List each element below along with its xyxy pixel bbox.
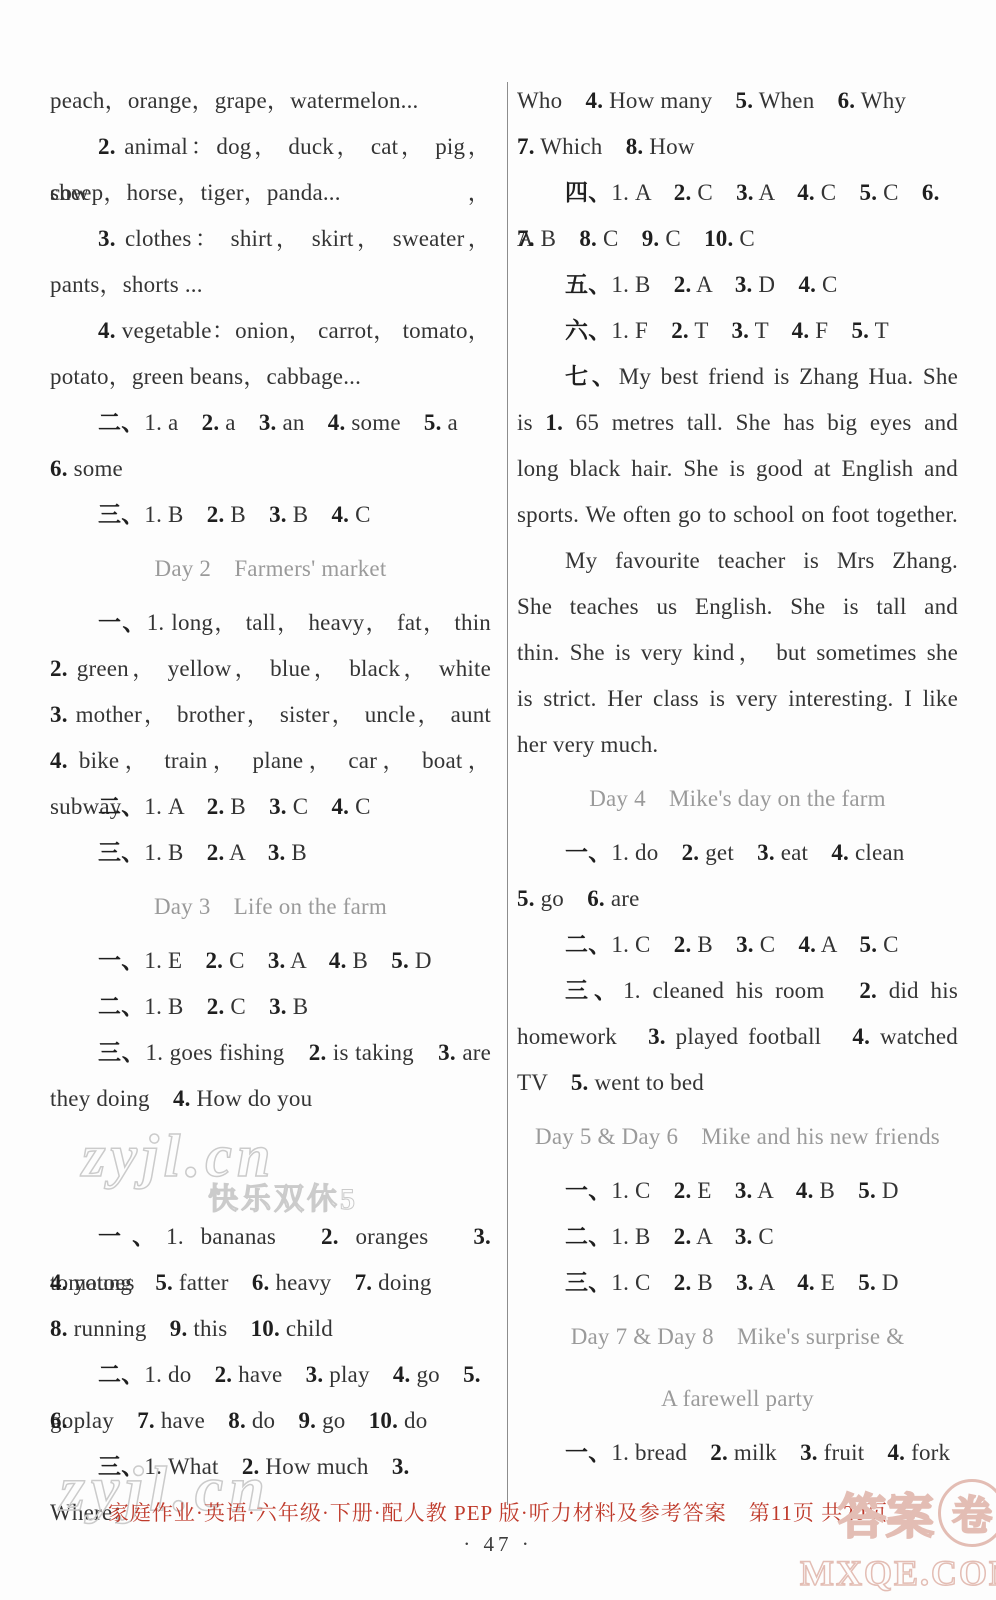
watermark-site-url: MXQE.COM xyxy=(800,1552,996,1594)
section-heading: Day 7 & Day 8 Mike's surprise & xyxy=(517,1306,958,1368)
text-line: homework 3. played football 4. watched xyxy=(517,1014,958,1060)
text-line: 二、1. a 2. a 3. an 4. some 5. a xyxy=(50,400,491,446)
right-column: Who 4. How many 5. When 6. Why7. Which 8… xyxy=(517,78,958,1490)
text-columns: peach，orange，grape，watermelon...2. anima… xyxy=(50,78,958,1490)
text-line: 7. B 8. C 9. C 10. C xyxy=(517,216,958,262)
left-column: peach，orange，grape，watermelon...2. anima… xyxy=(50,78,491,1490)
text-line: 三、1. B 2. B 3. B 4. C xyxy=(50,492,491,538)
text-line: 一、1. bread 2. milk 3. fruit 4. fork xyxy=(517,1430,958,1476)
text-line: 一、1. bananas 2. oranges 3. tomatoes xyxy=(50,1214,491,1260)
text-line: 二、1. C 2. B 3. C 4. A 5. C xyxy=(517,922,958,968)
text-line: long black hair. She is good at English … xyxy=(517,446,958,492)
text-line: 7. Which 8. How xyxy=(517,124,958,170)
text-line: 6. some xyxy=(50,446,491,492)
text-line: 一、1. C 2. E 3. A 4. B 5. D xyxy=(517,1168,958,1214)
text-line: peach，orange，grape，watermelon... xyxy=(50,78,491,124)
text-line: 一、1. E 2. C 3. A 4. B 5. D xyxy=(50,938,491,984)
text-line: thin. She is very kind， but sometimes sh… xyxy=(517,630,958,676)
text-line: 2. green， yellow， blue， black， white xyxy=(50,646,491,692)
text-line: 4. vegetable：onion， carrot， tomato， xyxy=(50,308,491,354)
text-line: 8. running 9. this 10. child xyxy=(50,1306,491,1352)
text-line: 3. clothes： shirt， skirt， sweater， xyxy=(50,216,491,262)
text-line: 六、1. F 2. T 3. T 4. F 5. T xyxy=(517,308,958,354)
text-line: 三、1. C 2. B 3. A 4. E 5. D xyxy=(517,1260,958,1306)
text-line: 二、1. A 2. B 3. C 4. C xyxy=(50,784,491,830)
text-line: 四、1. A 2. C 3. A 4. C 5. C 6. A xyxy=(517,170,958,216)
text-line: 3. mother， brother， sister， uncle， aunt xyxy=(50,692,491,738)
text-line: 二、1. do 2. have 3. play 4. go 5. go xyxy=(50,1352,491,1398)
page-number: · 47 · xyxy=(0,1532,996,1557)
text-line: She teaches us English. She is tall and xyxy=(517,584,958,630)
footer-meta: 家庭作业·英语·六年级·下册·配人教 PEP 版·听力材料及参考答案 第11页 … xyxy=(0,1500,996,1526)
text-line: pants，shorts ... xyxy=(50,262,491,308)
text-line: her very much. xyxy=(517,722,958,768)
text-line: 4. young 5. fatter 6. heavy 7. doing xyxy=(50,1260,491,1306)
text-line: My favourite teacher is Mrs Zhang. xyxy=(517,538,958,584)
text-line: 二、1. B 2. C 3. B xyxy=(50,984,491,1030)
text-line: is strict. Her class is very interesting… xyxy=(517,676,958,722)
section-heading: A farewell party xyxy=(517,1368,958,1430)
text-line: Who 4. How many 5. When 6. Why xyxy=(517,78,958,124)
column-divider xyxy=(507,82,508,1505)
text-line: 三、1. goes fishing 2. is taking 3. are xyxy=(50,1030,491,1076)
text-line: 七、My best friend is Zhang Hua. She xyxy=(517,354,958,400)
text-line: they doing 4. How do you xyxy=(50,1076,491,1122)
text-line: 2. animal：dog， duck， cat， pig， cow， xyxy=(50,124,491,170)
text-line: 三、1. What 2. How much 3. Where； xyxy=(50,1444,491,1490)
text-line: 一、1. long， tall， heavy， fat， thin xyxy=(50,600,491,646)
text-line: potato，green beans，cabbage... xyxy=(50,354,491,400)
text-line: 6. play 7. have 8. do 9. go 10. do xyxy=(50,1398,491,1444)
section-heading: Day 4 Mike's day on the farm xyxy=(517,768,958,830)
text-line: TV 5. went to bed xyxy=(517,1060,958,1106)
text-line: sports. We often go to school on foot to… xyxy=(517,492,958,538)
text-line: 二、1. B 2. A 3. C xyxy=(517,1214,958,1260)
text-line: 一、1. do 2. get 3. eat 4. clean xyxy=(517,830,958,876)
section-heading: Day 3 Life on the farm xyxy=(50,876,491,938)
text-line xyxy=(50,1168,491,1214)
text-line: 三、1. B 2. A 3. B xyxy=(50,830,491,876)
section-heading: Day 2 Farmers' market xyxy=(50,538,491,600)
text-line: is 1. 65 metres tall. She has big eyes a… xyxy=(517,400,958,446)
text-line: 三、1. cleaned his room 2. did his xyxy=(517,968,958,1014)
text-line: 4. bike， train， plane， car， boat， subway xyxy=(50,738,491,784)
section-heading: Day 5 & Day 6 Mike and his new friends xyxy=(517,1106,958,1168)
text-line xyxy=(50,1122,491,1168)
text-line: 五、1. B 2. A 3. D 4. C xyxy=(517,262,958,308)
answer-sheet-page: peach，orange，grape，watermelon...2. anima… xyxy=(0,0,996,1600)
text-line: 5. go 6. are xyxy=(517,876,958,922)
